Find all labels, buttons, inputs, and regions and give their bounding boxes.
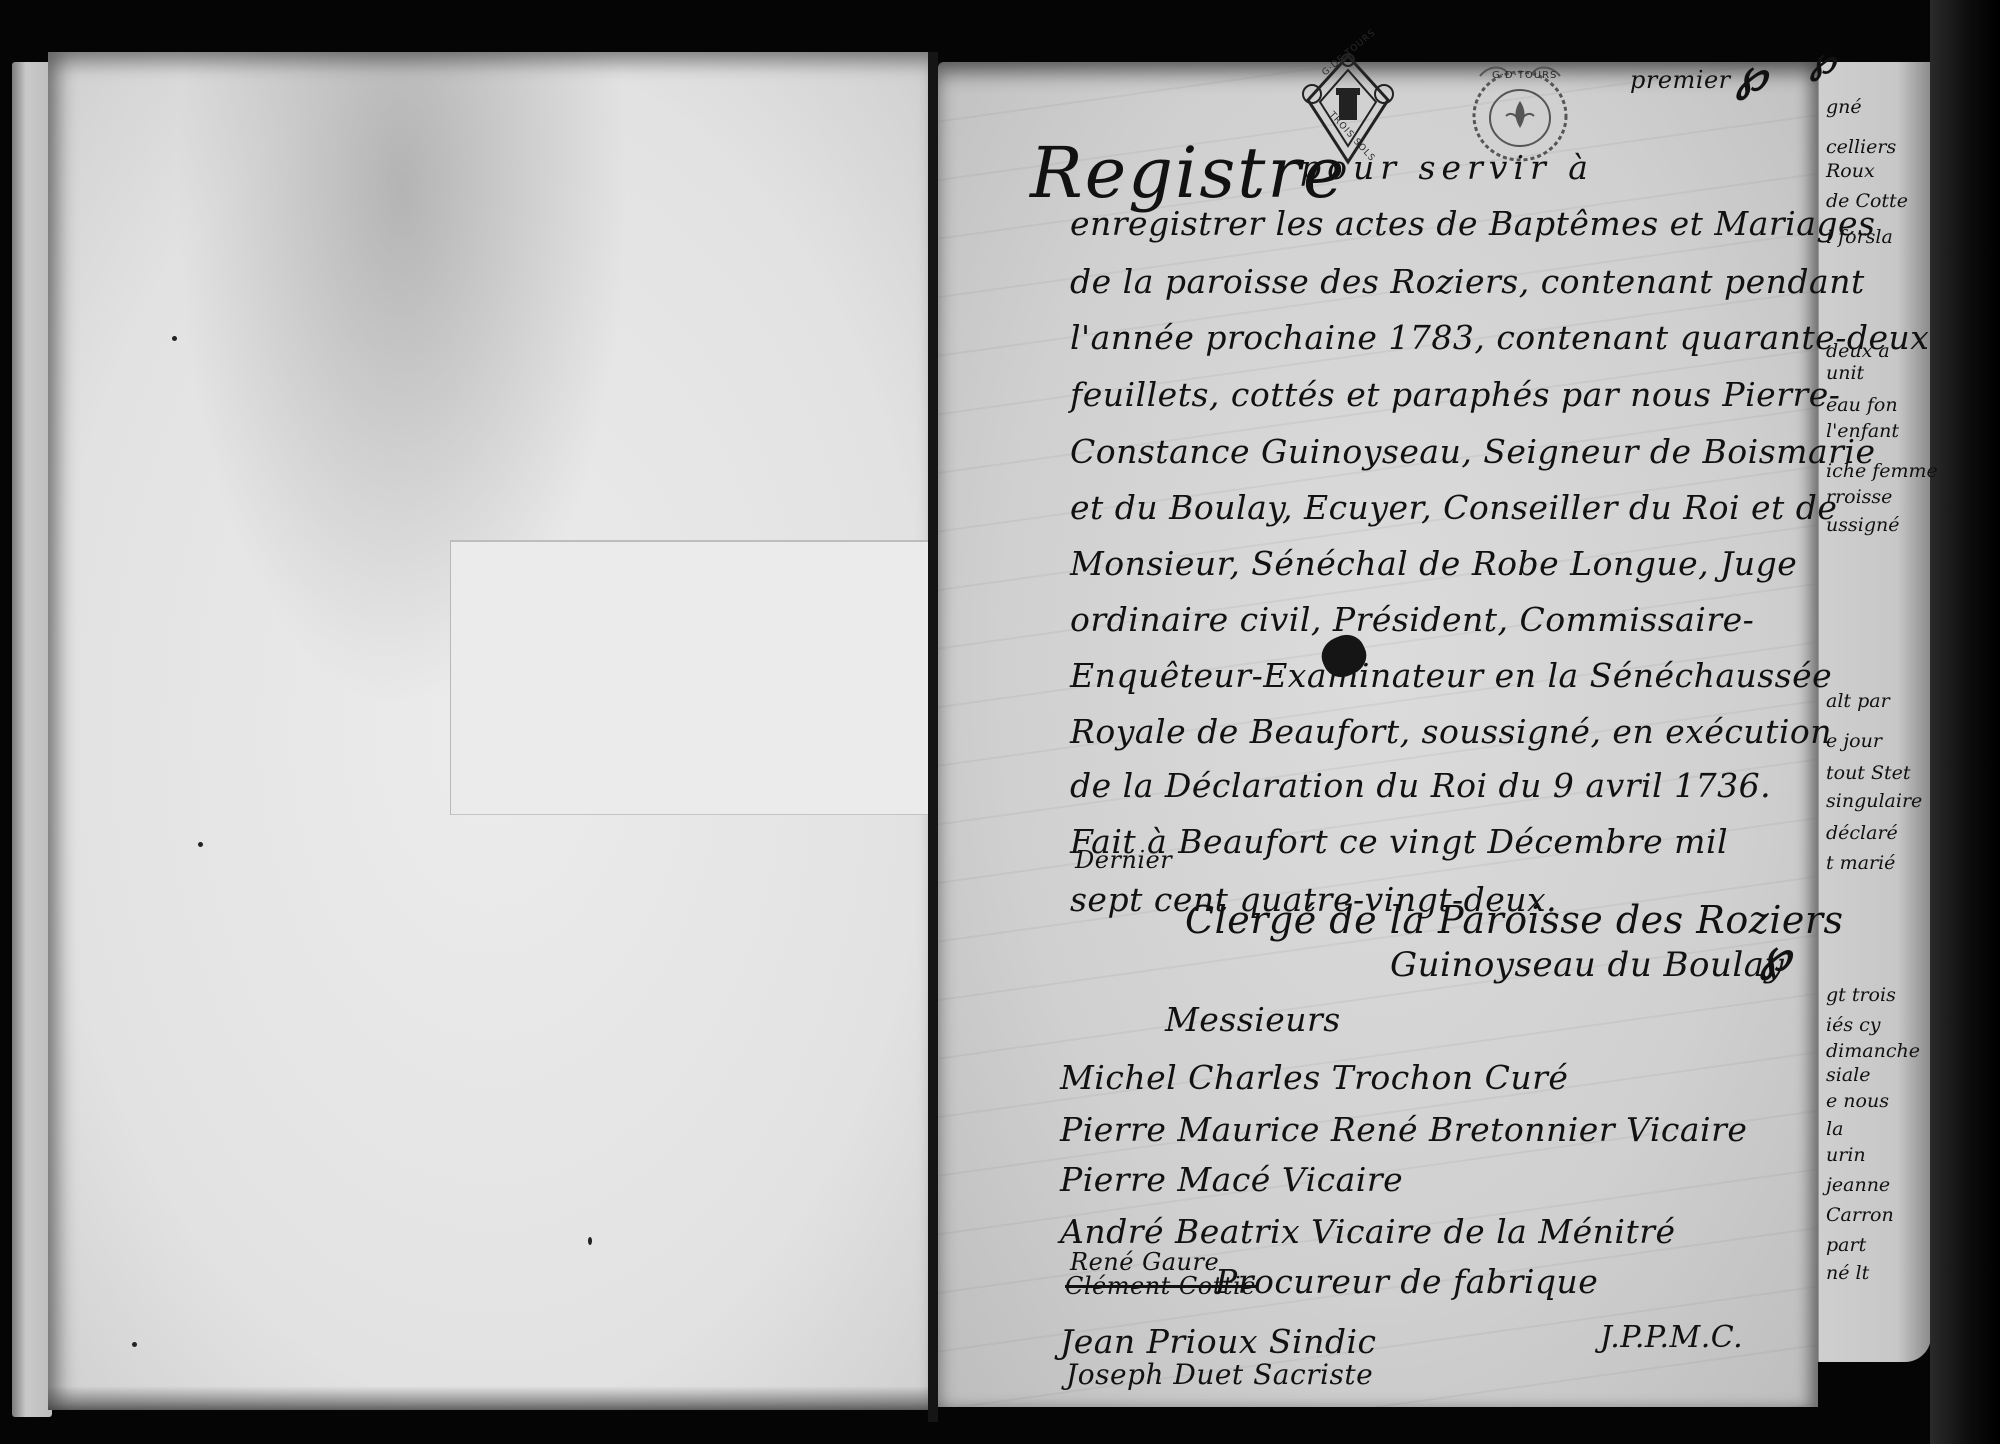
body-line-0: pour servir à — [1300, 148, 1594, 187]
margin-fragment: l'enfant — [1826, 420, 1899, 442]
margin-fragment: la — [1826, 1118, 1843, 1140]
binding-shadow — [1930, 0, 2000, 1444]
paper-speck — [132, 1342, 137, 1347]
paraphe-mark-icon: ℘ — [1736, 50, 1767, 101]
margin-fragment: Carron — [1826, 1204, 1894, 1226]
clergy-name: Joseph Duet Sacriste — [1066, 1358, 1373, 1391]
clergy-heading: Clergé de la Paroisse des Roziers — [1185, 898, 1844, 942]
stamp-2-text-top: G·D·TOURS — [1492, 70, 1557, 81]
margin-fragment: e jour — [1826, 730, 1882, 752]
scanned-register-spread: G·DE TOURS TROIS SOLS G·D·TOURS premier … — [0, 0, 2000, 1444]
paraphe-mark-icon: ℘ — [1810, 40, 1835, 82]
clergy-name: Pierre Maurice René Bretonnier Vicaire — [1060, 1110, 1747, 1149]
margin-fragment: part — [1826, 1234, 1866, 1256]
body-line-1: enregistrer les actes de Baptêmes et Mar… — [1070, 204, 1875, 243]
left-page-bottom-edge — [48, 1386, 933, 1410]
margin-fragment: né lt — [1826, 1262, 1869, 1284]
messieurs-label: Messieurs — [1165, 1000, 1341, 1039]
register-title: Registre — [1030, 132, 1346, 214]
margin-fragment: deux a — [1826, 340, 1890, 362]
paper-speck — [172, 336, 177, 341]
signature-guinoyseau: Guinoyseau du Boulay — [1390, 945, 1784, 985]
body-line-9: Enquêteur-Examinateur en la Sénéchaussée — [1070, 656, 1832, 695]
margin-fragment: eau fon — [1826, 394, 1898, 416]
clergy-name: Michel Charles Trochon Curé — [1060, 1058, 1568, 1097]
body-line-7: Monsieur, Sénéchal de Robe Longue, Juge — [1070, 544, 1797, 583]
body-line-10: Royale de Beaufort, soussigné, en exécut… — [1070, 712, 1832, 751]
margin-fragment: dimanche — [1826, 1040, 1920, 1062]
body-line-8: ordinaire civil, Président, Commissaire- — [1070, 600, 1754, 639]
margin-fragment: alt par — [1826, 690, 1890, 712]
margin-fragment: iés cy — [1826, 1014, 1881, 1036]
inset-paper-slip — [450, 540, 956, 815]
margin-fragment: t marié — [1826, 852, 1895, 874]
left-page-edge — [12, 62, 52, 1417]
margin-fragment: urin — [1826, 1144, 1866, 1166]
body-line-4: feuillets, cottés et paraphés par nous P… — [1070, 375, 1840, 414]
margin-fragment: unit — [1826, 362, 1864, 384]
margin-fragment: déclaré — [1826, 822, 1898, 844]
margin-fragment: gné — [1826, 96, 1862, 118]
clergy-name: André Beatrix Vicaire de la Ménitré — [1060, 1212, 1676, 1251]
initials-mark: J.P.P.M.C. — [1600, 1320, 1743, 1355]
margin-fragment: celliers — [1826, 136, 1896, 158]
paper-speck — [588, 1237, 592, 1245]
clergy-role: Procureur de fabrique — [1215, 1262, 1598, 1301]
clergy-name: Pierre Macé Vicaire — [1060, 1160, 1403, 1199]
margin-fragment: jeanne — [1826, 1174, 1890, 1196]
body-line-5: Constance Guinoyseau, Seigneur de Boisma… — [1070, 432, 1876, 471]
margin-fragment: i forsla — [1826, 226, 1893, 248]
margin-fragment: Roux — [1826, 160, 1875, 182]
margin-fragment: iche femme — [1826, 460, 1938, 482]
body-line-3: l'année prochaine 1783, contenant quaran… — [1070, 318, 1929, 357]
margin-fragment: e nous — [1826, 1090, 1889, 1112]
body-line-2: de la paroisse des Roziers, contenant pe… — [1070, 262, 1865, 301]
body-line-6: et du Boulay, Ecuyer, Conseiller du Roi … — [1070, 488, 1837, 527]
header-annotation-premier: premier — [1630, 66, 1731, 94]
margin-fragment: ussigné — [1826, 514, 1899, 536]
body-line-11: de la Déclaration du Roi du 9 avril 1736… — [1070, 766, 1771, 805]
clergy-name: Jean Prioux Sindic — [1060, 1322, 1377, 1361]
margin-fragment: rroisse — [1826, 486, 1892, 508]
facing-leaf-margin — [1818, 62, 1931, 1362]
margin-fragment: de Cotte — [1826, 190, 1908, 212]
page-gutter — [928, 52, 938, 1422]
margin-fragment: tout Stet — [1826, 762, 1911, 784]
margin-fragment: gt trois — [1826, 984, 1896, 1006]
paper-speck — [198, 842, 203, 847]
margin-fragment: siale — [1826, 1064, 1870, 1086]
margin-fragment: singulaire — [1826, 790, 1922, 812]
footer-annotation-dernier: Dernier — [1075, 846, 1172, 874]
